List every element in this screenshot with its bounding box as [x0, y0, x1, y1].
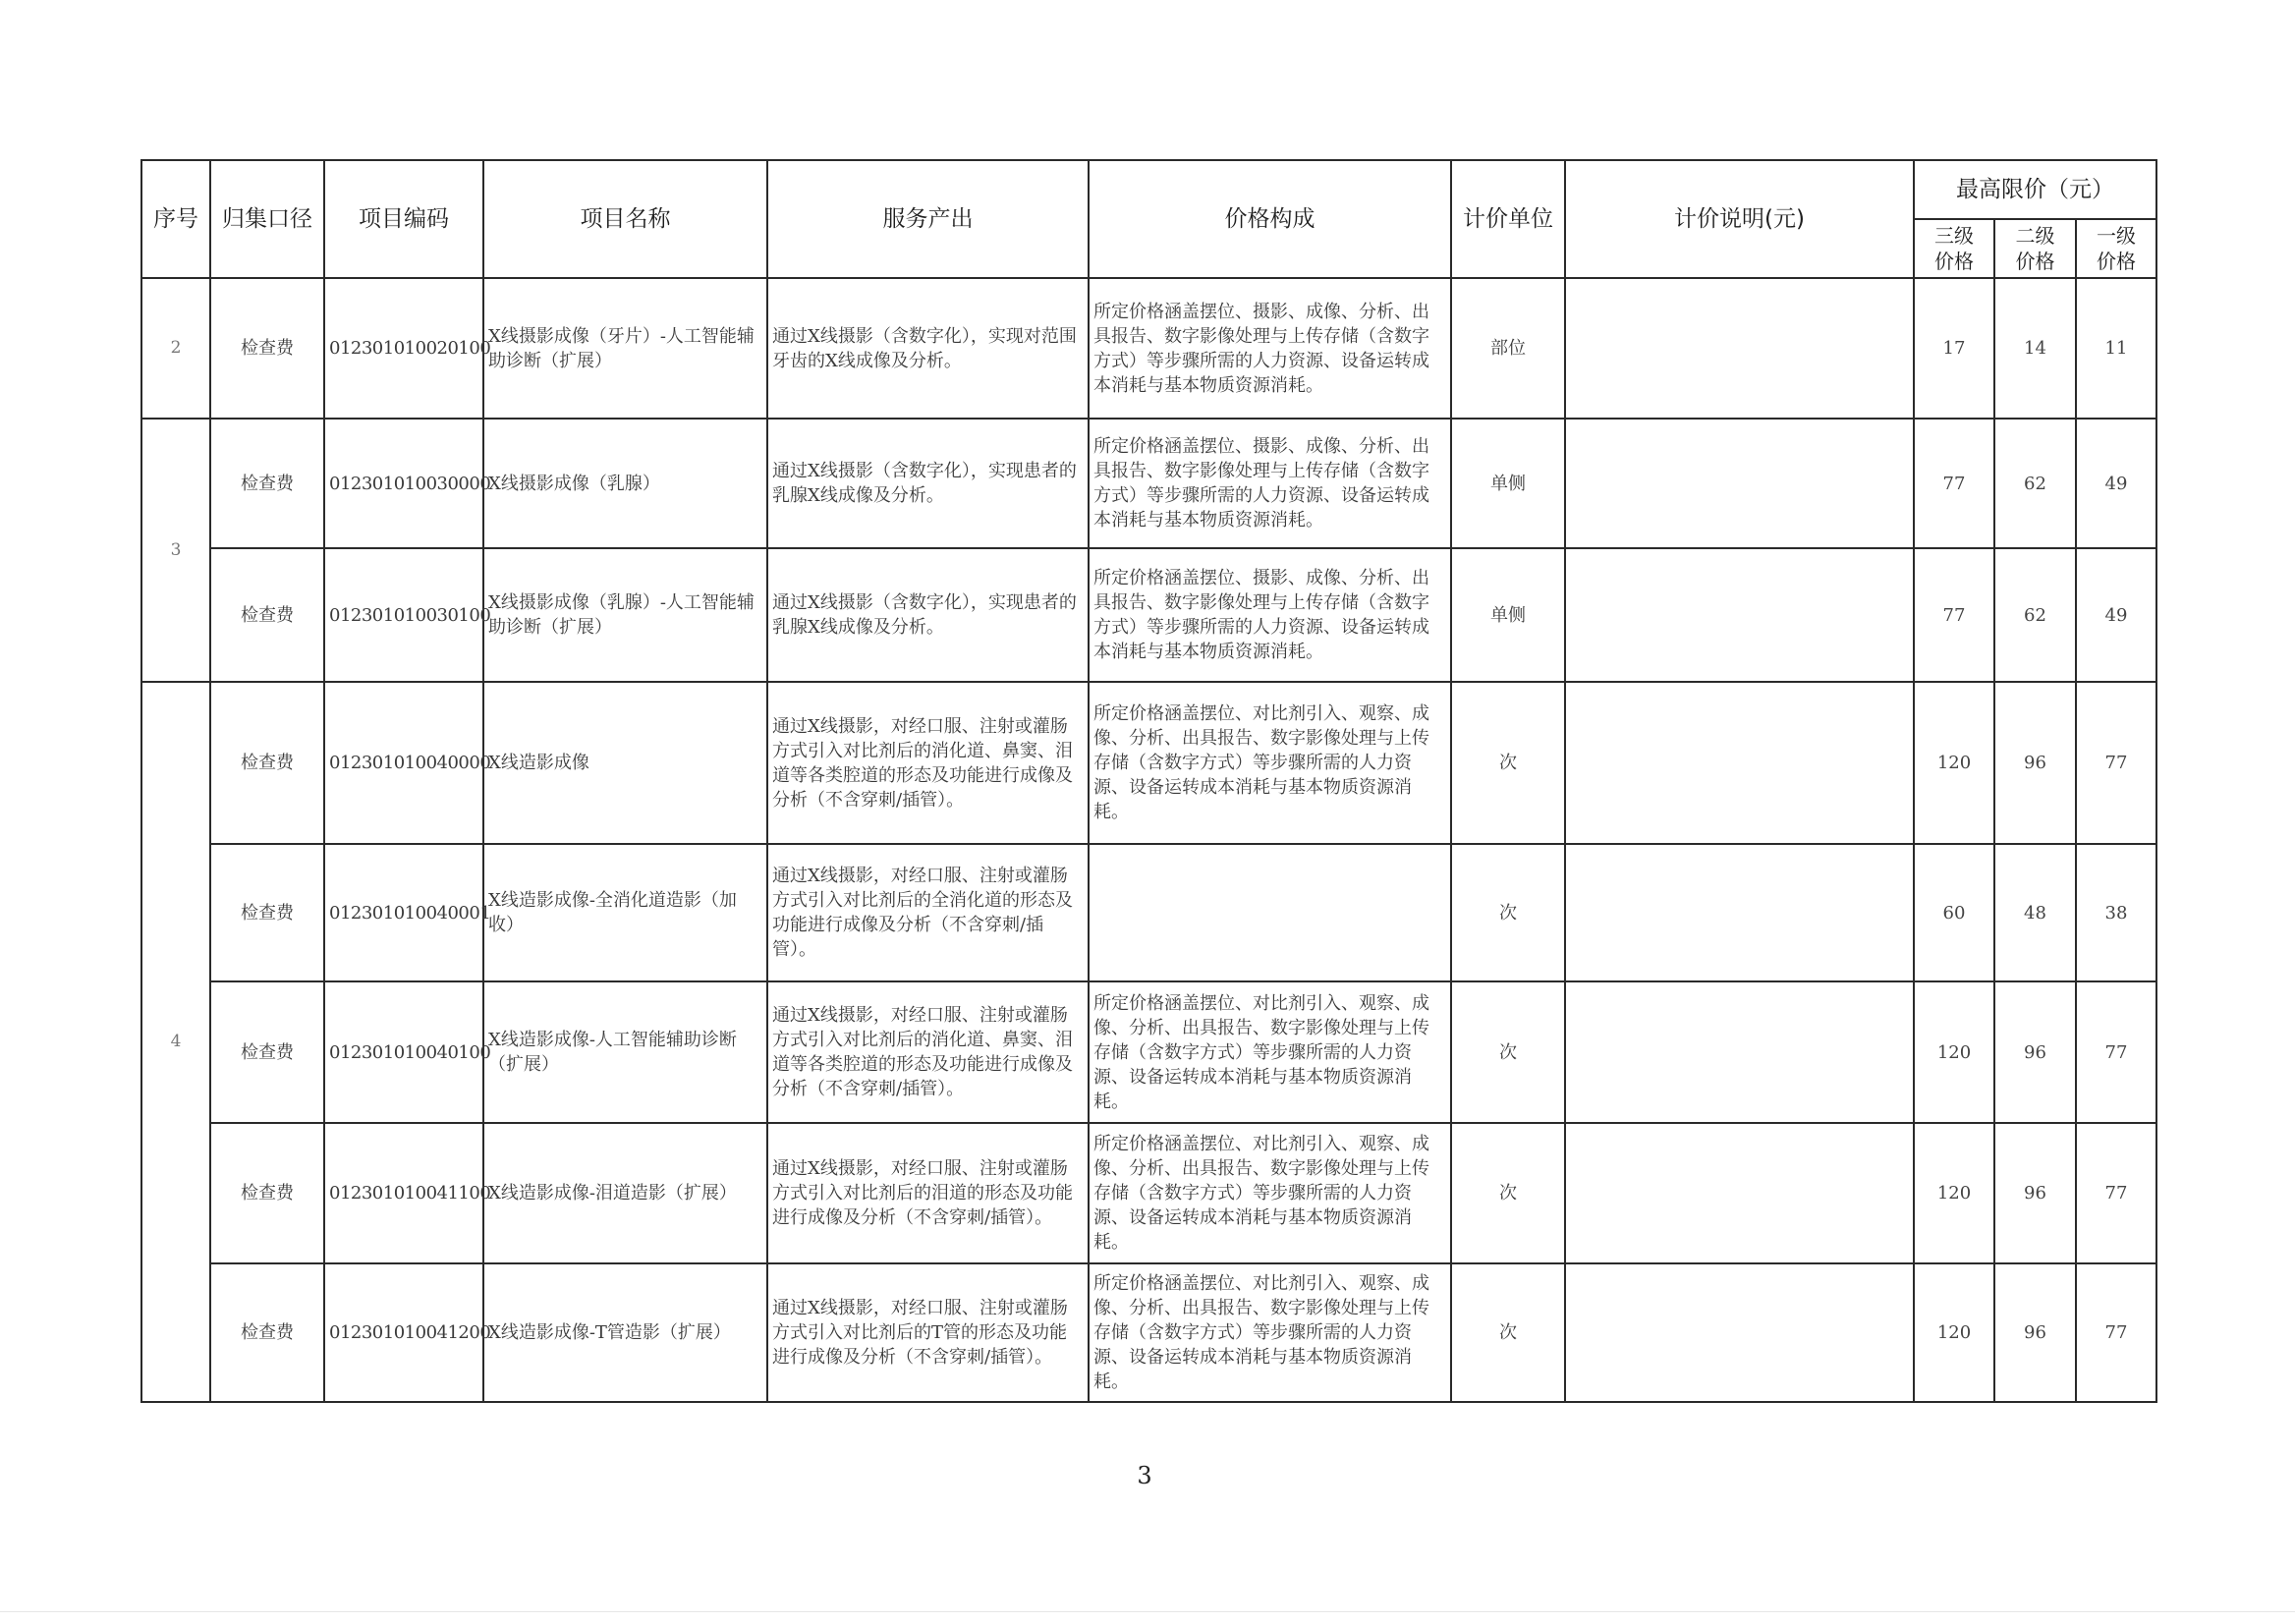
cell-category: 检查费 [210, 1263, 324, 1402]
cell-service: 通过X线摄影（含数字化），实现患者的乳腺X线成像及分析。 [767, 548, 1089, 682]
table-header: 序号 归集口径 项目编码 项目名称 服务产出 价格构成 计价单位 计价说明(元)… [141, 160, 2156, 278]
header-level3: 三级 价格 [1914, 219, 1994, 278]
table-row: 检查费012301010030100X线摄影成像（乳腺）-人工智能辅助诊断（扩展… [141, 548, 2156, 682]
header-code: 项目编码 [324, 160, 483, 278]
cell-note [1565, 682, 1914, 844]
header-level2: 二级 价格 [1994, 219, 2076, 278]
cell-name: X线造影成像-人工智能辅助诊断（扩展） [483, 981, 767, 1123]
table-row: 检查费012301010040001X线造影成像-全消化道造影（加收）通过X线摄… [141, 844, 2156, 981]
cell-note [1565, 419, 1914, 548]
cell-service: 通过X线摄影，对经口服、注射或灌肠方式引入对比剂后的全消化道的形态及功能进行成像… [767, 844, 1089, 981]
header-category: 归集口径 [210, 160, 324, 278]
table-row: 检查费012301010041200X线造影成像-T管造影（扩展）通过X线摄影，… [141, 1263, 2156, 1402]
page-number: 3 [1130, 1462, 1159, 1489]
header-unit: 计价单位 [1451, 160, 1565, 278]
cell-composition: 所定价格涵盖摆位、对比剂引入、观察、成像、分析、出具报告、数字影像处理与上传存储… [1089, 1263, 1451, 1402]
cell-price-level3: 77 [1914, 548, 1994, 682]
cell-name: X线造影成像-T管造影（扩展） [483, 1263, 767, 1402]
cell-code: 012301010030000 [324, 419, 483, 548]
cell-code: 012301010030100 [324, 548, 483, 682]
cell-price-level3: 120 [1914, 1123, 1994, 1263]
table-row: 检查费012301010041100X线造影成像-泪道造影（扩展）通过X线摄影，… [141, 1123, 2156, 1263]
cell-unit: 次 [1451, 844, 1565, 981]
cell-price-level2: 62 [1994, 548, 2076, 682]
cell-unit: 次 [1451, 981, 1565, 1123]
cell-price-level3: 120 [1914, 1263, 1994, 1402]
scan-edge-line [0, 1611, 2295, 1612]
cell-category: 检查费 [210, 844, 324, 981]
cell-composition [1089, 844, 1451, 981]
header-max-price: 最高限价（元） [1914, 160, 2156, 219]
cell-category: 检查费 [210, 682, 324, 844]
cell-service: 通过X线摄影，对经口服、注射或灌肠方式引入对比剂后的泪道的形态及功能进行成像及分… [767, 1123, 1089, 1263]
cell-unit: 次 [1451, 1263, 1565, 1402]
cell-name: X线摄影成像（乳腺） [483, 419, 767, 548]
cell-category: 检查费 [210, 278, 324, 419]
cell-price-level1: 77 [2076, 1123, 2156, 1263]
cell-code: 012301010020100 [324, 278, 483, 419]
cell-price-level1: 11 [2076, 278, 2156, 419]
cell-price-level1: 38 [2076, 844, 2156, 981]
cell-unit: 单侧 [1451, 419, 1565, 548]
header-name: 项目名称 [483, 160, 767, 278]
cell-price-level3: 120 [1914, 981, 1994, 1123]
cell-price-level2: 96 [1994, 981, 2076, 1123]
cell-seq: 3 [141, 419, 210, 682]
cell-unit: 次 [1451, 1123, 1565, 1263]
cell-code: 012301010040000 [324, 682, 483, 844]
cell-price-level2: 48 [1994, 844, 2076, 981]
table-row: 3检查费012301010030000X线摄影成像（乳腺）通过X线摄影（含数字化… [141, 419, 2156, 548]
cell-category: 检查费 [210, 548, 324, 682]
header-note: 计价说明(元) [1565, 160, 1914, 278]
header-seq: 序号 [141, 160, 210, 278]
cell-price-level2: 62 [1994, 419, 2076, 548]
cell-note [1565, 1123, 1914, 1263]
cell-unit: 次 [1451, 682, 1565, 844]
cell-price-level2: 14 [1994, 278, 2076, 419]
cell-code: 012301010041100 [324, 1123, 483, 1263]
cell-code: 012301010041200 [324, 1263, 483, 1402]
cell-note [1565, 981, 1914, 1123]
cell-price-level1: 49 [2076, 548, 2156, 682]
cell-note [1565, 548, 1914, 682]
cell-service: 通过X线摄影，对经口服、注射或灌肠方式引入对比剂后的消化道、鼻窦、泪道等各类腔道… [767, 682, 1089, 844]
cell-price-level1: 77 [2076, 981, 2156, 1123]
cell-service: 通过X线摄影（含数字化），实现对范围牙齿的X线成像及分析。 [767, 278, 1089, 419]
cell-price-level2: 96 [1994, 1123, 2076, 1263]
header-composition: 价格构成 [1089, 160, 1451, 278]
table-body: 2检查费012301010020100X线摄影成像（牙片）-人工智能辅助诊断（扩… [141, 278, 2156, 1402]
cell-price-level3: 77 [1914, 419, 1994, 548]
table-row: 2检查费012301010020100X线摄影成像（牙片）-人工智能辅助诊断（扩… [141, 278, 2156, 419]
cell-service: 通过X线摄影，对经口服、注射或灌肠方式引入对比剂后的消化道、鼻窦、泪道等各类腔道… [767, 981, 1089, 1123]
cell-seq: 4 [141, 682, 210, 1402]
cell-price-level2: 96 [1994, 1263, 2076, 1402]
cell-category: 检查费 [210, 981, 324, 1123]
cell-composition: 所定价格涵盖摆位、对比剂引入、观察、成像、分析、出具报告、数字影像处理与上传存储… [1089, 682, 1451, 844]
cell-price-level3: 60 [1914, 844, 1994, 981]
cell-note [1565, 278, 1914, 419]
cell-category: 检查费 [210, 1123, 324, 1263]
cell-price-level3: 17 [1914, 278, 1994, 419]
cell-composition: 所定价格涵盖摆位、对比剂引入、观察、成像、分析、出具报告、数字影像处理与上传存储… [1089, 981, 1451, 1123]
cell-composition: 所定价格涵盖摆位、摄影、成像、分析、出具报告、数字影像处理与上传存储（含数字方式… [1089, 278, 1451, 419]
cell-code: 012301010040100 [324, 981, 483, 1123]
cell-composition: 所定价格涵盖摆位、摄影、成像、分析、出具报告、数字影像处理与上传存储（含数字方式… [1089, 419, 1451, 548]
cell-price-level1: 49 [2076, 419, 2156, 548]
cell-service: 通过X线摄影，对经口服、注射或灌肠方式引入对比剂后的T管的形态及功能进行成像及分… [767, 1263, 1089, 1402]
cell-price-level1: 77 [2076, 682, 2156, 844]
header-service: 服务产出 [767, 160, 1089, 278]
cell-price-level3: 120 [1914, 682, 1994, 844]
cell-unit: 单侧 [1451, 548, 1565, 682]
cell-name: X线摄影成像（乳腺）-人工智能辅助诊断（扩展） [483, 548, 767, 682]
cell-composition: 所定价格涵盖摆位、摄影、成像、分析、出具报告、数字影像处理与上传存储（含数字方式… [1089, 548, 1451, 682]
cell-composition: 所定价格涵盖摆位、对比剂引入、观察、成像、分析、出具报告、数字影像处理与上传存储… [1089, 1123, 1451, 1263]
cell-name: X线造影成像-全消化道造影（加收） [483, 844, 767, 981]
cell-name: X线摄影成像（牙片）-人工智能辅助诊断（扩展） [483, 278, 767, 419]
cell-service: 通过X线摄影（含数字化），实现患者的乳腺X线成像及分析。 [767, 419, 1089, 548]
cell-seq: 2 [141, 278, 210, 419]
header-level1: 一级 价格 [2076, 219, 2156, 278]
cell-price-level2: 96 [1994, 682, 2076, 844]
cell-unit: 部位 [1451, 278, 1565, 419]
cell-note [1565, 844, 1914, 981]
cell-code: 012301010040001 [324, 844, 483, 981]
table-row: 4检查费012301010040000X线造影成像通过X线摄影，对经口服、注射或… [141, 682, 2156, 844]
cell-name: X线造影成像-泪道造影（扩展） [483, 1123, 767, 1263]
table-row: 检查费012301010040100X线造影成像-人工智能辅助诊断（扩展）通过X… [141, 981, 2156, 1123]
cell-name: X线造影成像 [483, 682, 767, 844]
cell-note [1565, 1263, 1914, 1402]
cell-price-level1: 77 [2076, 1263, 2156, 1402]
cell-category: 检查费 [210, 419, 324, 548]
price-table: 序号 归集口径 项目编码 项目名称 服务产出 价格构成 计价单位 计价说明(元)… [140, 159, 2157, 1403]
